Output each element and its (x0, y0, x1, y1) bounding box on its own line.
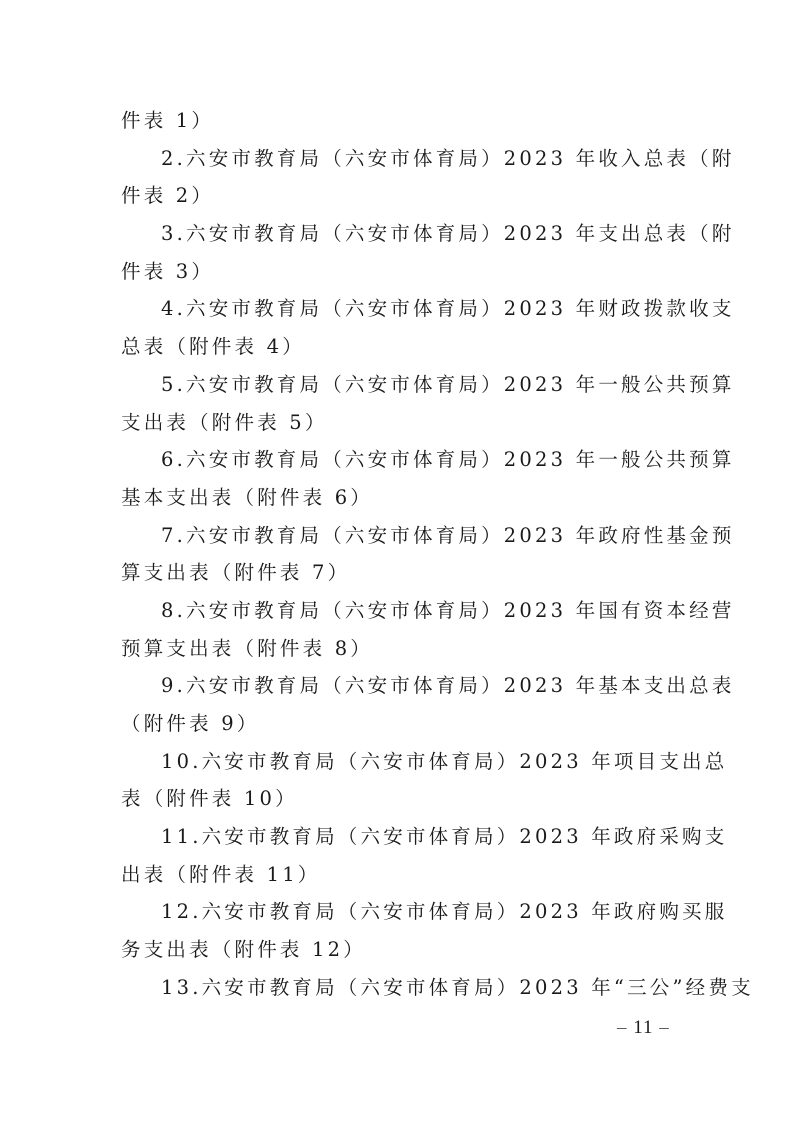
page-number-left-dash: – (617, 1017, 628, 1038)
page-number-value: 11 (633, 1017, 653, 1038)
text-line-20: 11.六安市教育局（六安市体育局）2023 年政府采购支 (121, 818, 674, 856)
text-line-14: 8.六安市教育局（六安市体育局）2023 年国有资本经营 (121, 592, 674, 630)
text-line-8: 5.六安市教育局（六安市体育局）2023 年一般公共预算 (121, 366, 674, 404)
text-line-19: 表（附件表 10） (121, 780, 674, 818)
text-line-24: 13.六安市教育局（六安市体育局）2023 年“三公”经费支 (121, 969, 674, 1007)
text-line-21: 出表（附件表 11） (121, 856, 674, 894)
text-line-12: 7.六安市教育局（六安市体育局）2023 年政府性基金预 (121, 517, 674, 555)
page-number-right-dash: – (659, 1017, 670, 1038)
text-line-16: 9.六安市教育局（六安市体育局）2023 年基本支出总表 (121, 667, 674, 705)
text-line-5: 件表 3） (121, 253, 674, 291)
document-body: 件表 1） 2.六安市教育局（六安市体育局）2023 年收入总表（附 件表 2）… (121, 102, 674, 1007)
text-line-15: 预算支出表（附件表 8） (121, 630, 674, 668)
text-line-13: 算支出表（附件表 7） (121, 554, 674, 592)
text-line-6: 4.六安市教育局（六安市体育局）2023 年财政拨款收支 (121, 290, 674, 328)
text-line-3: 件表 2） (121, 177, 674, 215)
text-line-4: 3.六安市教育局（六安市体育局）2023 年支出总表（附 (121, 215, 674, 253)
text-line-17: （附件表 9） (121, 705, 674, 743)
text-line-11: 基本支出表（附件表 6） (121, 479, 674, 517)
text-line-7: 总表（附件表 4） (121, 328, 674, 366)
text-line-9: 支出表（附件表 5） (121, 404, 674, 442)
page-number: – 11 – (617, 1017, 670, 1039)
text-line-23: 务支出表（附件表 12） (121, 931, 674, 969)
text-line-18: 10.六安市教育局（六安市体育局）2023 年项目支出总 (121, 743, 674, 781)
text-line-1: 件表 1） (121, 102, 674, 140)
text-line-10: 6.六安市教育局（六安市体育局）2023 年一般公共预算 (121, 441, 674, 479)
text-line-22: 12.六安市教育局（六安市体育局）2023 年政府购买服 (121, 893, 674, 931)
text-line-2: 2.六安市教育局（六安市体育局）2023 年收入总表（附 (121, 140, 674, 178)
